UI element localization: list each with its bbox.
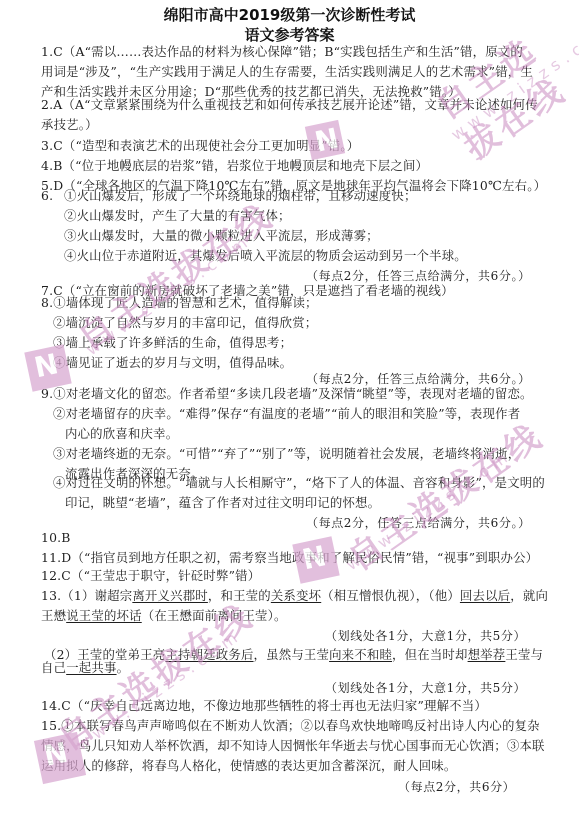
answer-6-score: （每点2分，任答三点给满分，共6分。）: [306, 268, 531, 284]
answer-8-point-1: 8.①墙体现了匠人造墙的智慧和艺术，值得解读；: [41, 295, 318, 311]
answer-6-point-4: ④火山位于赤道附近，其爆发后喷入平流层的物质会运动到另一个半球。: [64, 248, 467, 264]
answer-9-point-1: 9.①对老墙文化的留恋。作者希望“多读几段老墙”及深情“眺望”等，表现对老墙的留…: [41, 386, 533, 402]
underlined-phrase: 关系变坏: [271, 588, 321, 603]
underlined-phrase: 想举荐: [468, 647, 506, 662]
answer-2-line-2: 承技艺。）: [41, 117, 98, 133]
answer-9-point-2-cont: 内心的欣喜和庆幸。: [65, 426, 178, 442]
answer-8-point-2: ②墙沉淀了自然与岁月的丰富印记，值得欣赏；: [53, 315, 317, 331]
underlined-phrase: 主持朝廷政务后: [165, 647, 253, 662]
document-title: 绵阳市高中2019级第一次诊断性考试: [0, 4, 579, 25]
answer-8-score: （每点2分，任答三点给满分，共6分。）: [306, 371, 531, 387]
answer-6-point-3: ③火山爆发时，大量的微小颗粒进入平流层，形成薄雾；: [64, 228, 379, 244]
answer-1-line-1: 1.C（A“需以……表达作品的材料为核心保障”错；B“实践包括生产和生活”错，原…: [41, 44, 523, 60]
answer-9-point-4-cont: 印记，眺望“老墙”，蕴含了作者对过往文明印记的怀想。: [65, 495, 380, 511]
document-subtitle: 语文参考答案: [0, 24, 579, 45]
watermark-url: www.zizzs.com: [72, 625, 245, 754]
answer-9-point-4: ④对过往文明的怀想。“墙就与人长相厮守”，“烙下了人的体温、音容和身影”，是文明…: [53, 475, 545, 491]
answer-13-part-1-score: （划线处各1分，大意1分，共5分）: [325, 628, 526, 644]
answer-13-part-1-line-2: 王懋说王莹的坏话（在王懋面前离间王莹）。: [41, 608, 287, 624]
answer-13-part-2-line-2: 自己一起共事。: [41, 660, 129, 676]
answer-6-number: 6.: [41, 188, 53, 204]
underlined-phrase: 说王莹的坏话: [66, 608, 142, 623]
answer-10: 10.B: [41, 530, 71, 546]
answer-15-line-3: 运用拟人的修辞，将春鸟人格化，使情感的表达更加含蓄深沉，耐人回味。: [41, 758, 457, 774]
answer-4: 4.B（“位于地幔底层的岩浆”错，岩浆位于地幔顶层和地壳下层之间）: [41, 158, 428, 174]
answer-key-page: 绵阳市高中2019级第一次诊断性考试 语文参考答案 1.C（A“需以……表达作品…: [0, 0, 579, 828]
answer-9-point-3: ③对老墙终逝的无奈。“可惜”“弃了”“别了”等，说明随着社会发展，老墙终将消逝，: [53, 446, 520, 462]
underlined-phrase: 一起共事: [66, 660, 116, 675]
answer-2-line-1: 2.A（A“文章紧紧围绕为什么重视技艺和如何传承技艺展开论述”错，文章并未论述如…: [41, 97, 538, 113]
answer-15-line-1: 15.①本联写春鸟声声啼鸣似在不断劝人饮酒；②以春鸟欢快地啼鸣反衬出诗人内心的复…: [41, 718, 540, 734]
underlined-phrase: 回去以后: [460, 588, 510, 603]
answer-15-line-2: 情感，鸟儿只知劝人举杯饮酒，却不知诗人因惆怅年华逝去与忧心国事而无心饮酒；③本联: [41, 738, 545, 754]
answer-13-part-1-line-1: 13.（1）谢超宗离开义兴郡时，和王莹的关系变坏（相互憎恨仇视），（他）回去以后…: [41, 588, 548, 604]
answer-6-point-1: ①火山爆发后，形成了一个环绕地球的烟柱带，且移动速度快；: [64, 188, 417, 204]
answer-6-point-2: ②火山爆发时，产生了大量的有害气体；: [64, 208, 291, 224]
answer-1-line-2: 用词是“涉及”，“生产实践用于满足人的生存需要，生活实践则满足人的艺术需求”错，…: [41, 64, 533, 80]
answer-13-part-2-score: （划线处各1分，大意1分，共5分）: [325, 680, 526, 696]
answer-9-score: （每点2分，任答三点给满分，共6分。）: [306, 515, 531, 531]
answer-12: 12.C（“王莹忠于职守，针砭时弊”错）: [41, 568, 260, 584]
answer-15-score: （每点2分，共6分）: [398, 779, 515, 795]
answer-8-point-3: ③墙上承载了许多鲜活的生命，值得思考；: [53, 335, 292, 351]
underlined-phrase: 离开义兴郡时: [132, 588, 208, 603]
answer-9-point-2: ②对老墙留存的庆幸。“难得”保存“有温度的老墙”“前人的眼泪和笑脸”等，表现作者: [53, 406, 520, 422]
answer-11: 11.D（“指官员到地方任职之初，需考察当地政事和了解民俗民情”错，“视事”到职…: [41, 550, 538, 566]
answer-14: 14.C（“庆幸自己远离边地，不像边地那些牺牲的将士再也无法归家”理解不当）: [41, 698, 487, 714]
underlined-phrase: 向来不和睦: [329, 647, 392, 662]
answer-3: 3.C（“造型和表演艺术的出现使社会分工更加明显”错。）: [41, 138, 359, 154]
answer-8-point-4: ④墙见证了逝去的岁月与文明，值得品味。: [53, 355, 292, 371]
